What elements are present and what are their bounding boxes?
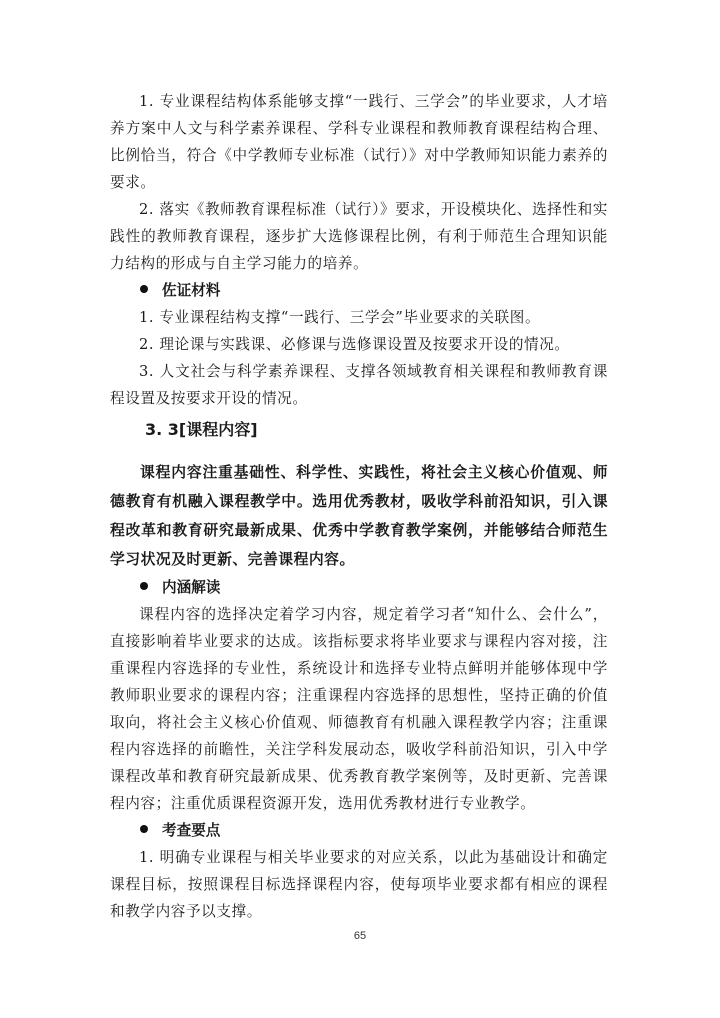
interpretation-text: 课程内容的选择决定着学习内容，规定着学习者“知什么、会什么”，直接影响着毕业要求…	[110, 601, 608, 817]
bullet-icon	[140, 825, 148, 833]
evidence-item-1: 1. 专业课程结构支撑“一践行、三学会”毕业要求的关联图。	[110, 304, 608, 331]
evidence-heading: 佐证材料	[110, 277, 608, 304]
document-page: 1. 专业课程结构体系能够支撑“一践行、三学会”的毕业要求，人才培养方案中人文与…	[110, 88, 608, 925]
key-points-heading: 考查要点	[110, 817, 608, 844]
standard-statement: 课程内容注重基础性、科学性、实践性，将社会主义核心价值观、师德教育有机融入课程教…	[110, 458, 608, 574]
bullet-icon	[140, 582, 148, 590]
evidence-item-2: 2. 理论课与实践课、必修课与选修课设置及按要求开设的情况。	[110, 331, 608, 358]
section-title: 3. 3[课程内容]	[110, 416, 608, 444]
page-number: 65	[0, 930, 720, 942]
requirement-paragraph-1: 1. 专业课程结构体系能够支撑“一践行、三学会”的毕业要求，人才培养方案中人文与…	[110, 88, 608, 196]
bullet-icon	[140, 285, 148, 293]
evidence-heading-label: 佐证材料	[162, 282, 220, 299]
interpretation-heading-label: 内涵解读	[162, 579, 220, 596]
requirement-paragraph-2: 2. 落实《教师教育课程标准（试行）》要求，开设模块化、选择性和实践性的教师教育…	[110, 196, 608, 277]
evidence-item-3: 3. 人文社会与科学素养课程、支撑各领域教育相关课程和教师教育课程设置及按要求开…	[110, 358, 608, 412]
interpretation-heading: 内涵解读	[110, 574, 608, 601]
key-points-heading-label: 考查要点	[162, 822, 220, 839]
key-point-item-1: 1. 明确专业课程与相关毕业要求的对应关系，以此为基础设计和确定课程目标，按照课…	[110, 844, 608, 925]
